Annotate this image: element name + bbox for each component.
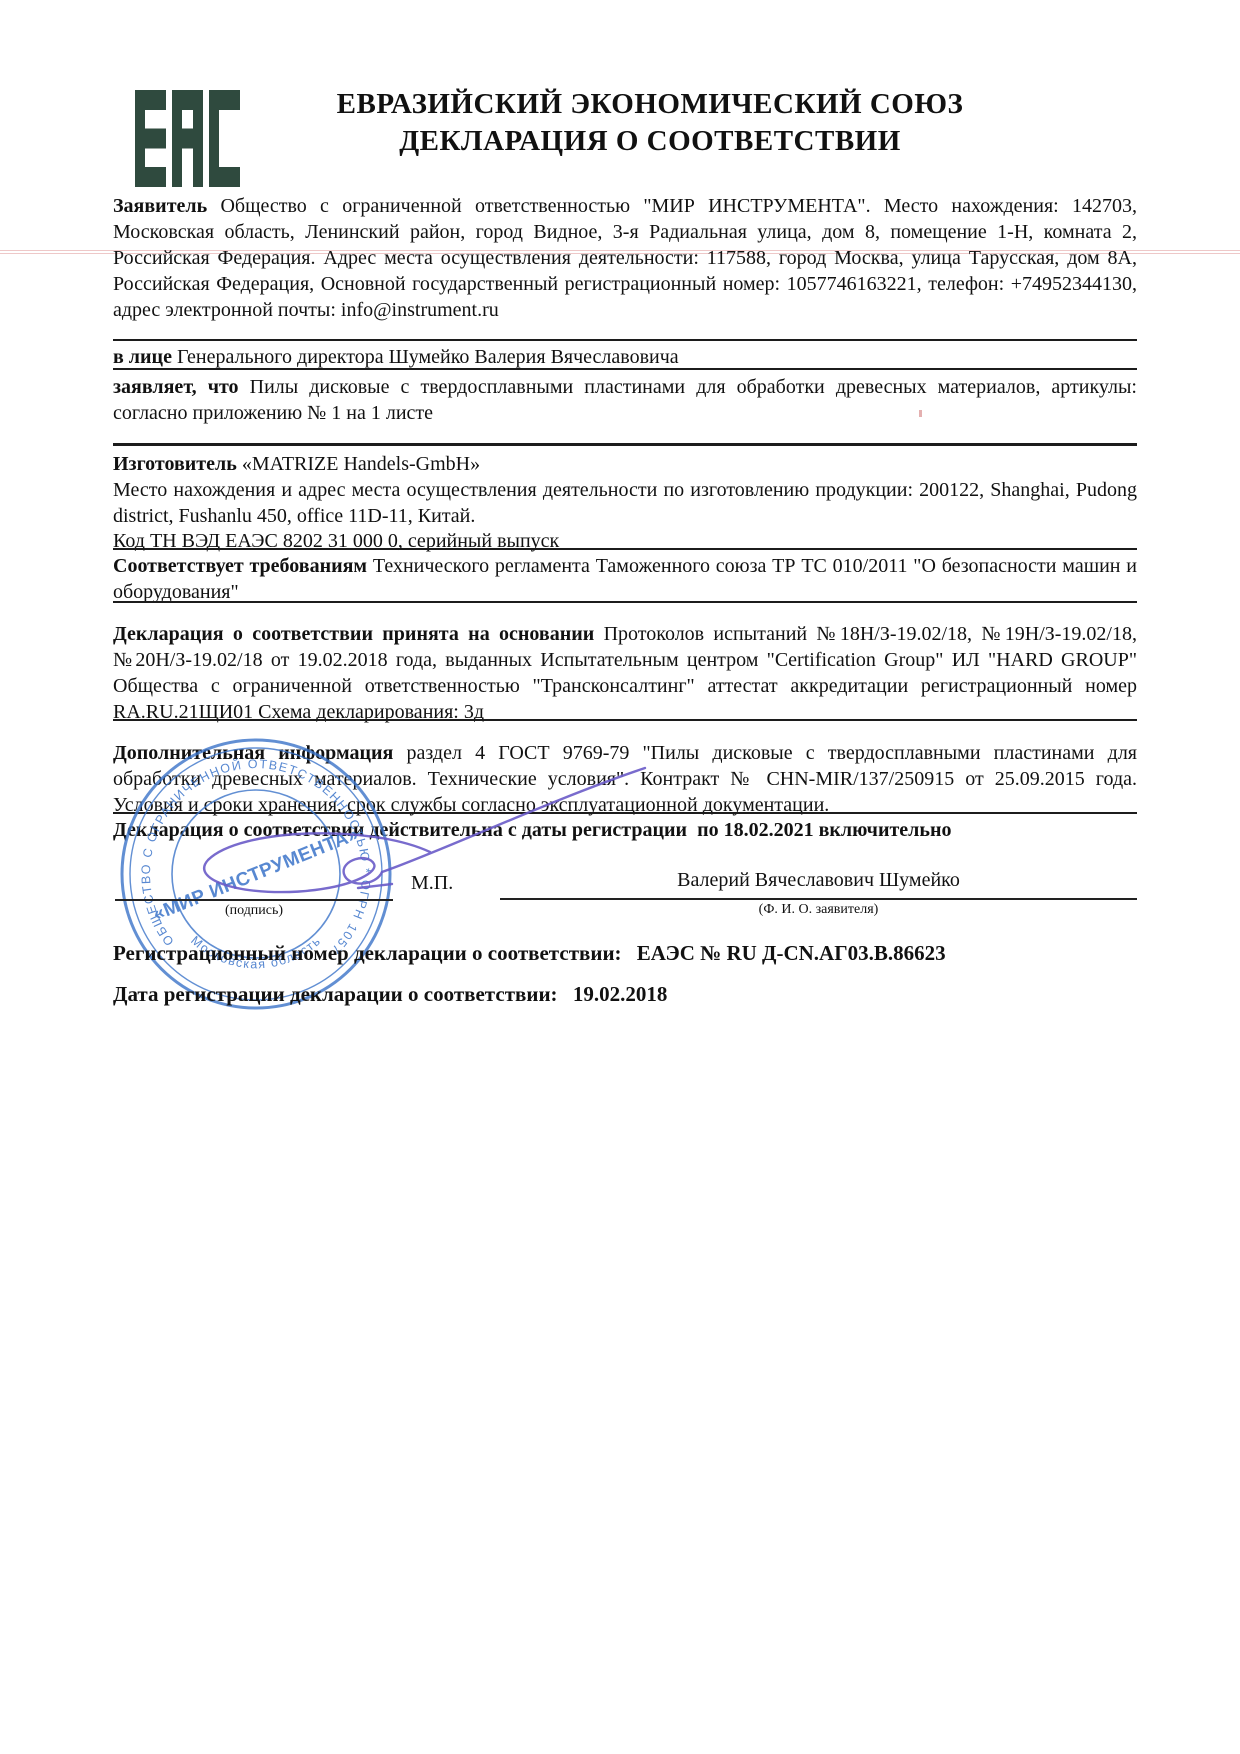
registration-number-value: ЕАЭС № RU Д-CN.АГ03.В.86623 — [637, 941, 946, 965]
complies-paragraph: Соответствует требованиям Технического р… — [113, 553, 1137, 605]
applicant-name-caption: (Ф. И. О. заявителя) — [500, 902, 1137, 918]
applicant-name-line — [500, 898, 1137, 900]
applicant-paragraph: Заявитель Общество с ограниченной ответс… — [113, 193, 1137, 323]
divider-rule — [113, 719, 1137, 721]
registration-number-line: Регистрационный номер декларации о соотв… — [113, 941, 1213, 966]
basis-label: Декларация о соответствии принята на осн… — [113, 623, 594, 645]
divider-rule — [113, 368, 1137, 370]
divider-rule-thick — [113, 443, 1137, 446]
applicant-name: Валерий Вячеславович Шумейко — [500, 869, 1137, 892]
divider-rule — [113, 339, 1137, 341]
declares-text: Пилы дисковые с твердосплавными пластина… — [113, 376, 1137, 424]
in-person-paragraph: в лице Генерального директора Шумейко Ва… — [113, 344, 1137, 370]
manufacturer-title-line: Изготовитель «MATRIZE Handels-GmbH» — [113, 451, 1137, 477]
declares-label: заявляет, что — [113, 376, 239, 398]
registration-date-label: Дата регистрации декларации о соответств… — [113, 982, 558, 1006]
applicant-label: Заявитель — [113, 195, 207, 217]
divider-rule — [113, 548, 1137, 550]
divider-rule — [113, 601, 1137, 603]
document-title: ЕВРАЗИЙСКИЙ ЭКОНОМИЧЕСКИЙ СОЮЗ ДЕКЛАРАЦИ… — [135, 86, 1165, 160]
registration-date-line: Дата регистрации декларации о соответств… — [113, 982, 1213, 1007]
registration-date-value: 19.02.2018 — [573, 982, 668, 1006]
in-person-text: Генерального директора Шумейко Валерия В… — [177, 346, 679, 368]
declaration-document-page: ЕВРАЗИЙСКИЙ ЭКОНОМИЧЕСКИЙ СОЮЗ ДЕКЛАРАЦИ… — [0, 0, 1240, 1754]
signature-caption: (подпись) — [115, 903, 393, 919]
title-line-2: ДЕКЛАРАЦИЯ О СООТВЕТСТВИИ — [135, 123, 1165, 160]
manufacturer-code-line: Код ТН ВЭД ЕАЭС 8202 31 000 0, серийный … — [113, 528, 1137, 554]
manufacturer-label: Изготовитель — [113, 453, 237, 475]
manufacturer-address: Место нахождения и адрес места осуществл… — [113, 477, 1137, 529]
manufacturer-name: «MATRIZE Handels-GmbH» — [242, 453, 480, 475]
basis-paragraph: Декларация о соответствии принята на осн… — [113, 621, 1137, 725]
title-line-1: ЕВРАЗИЙСКИЙ ЭКОНОМИЧЕСКИЙ СОЮЗ — [135, 86, 1165, 123]
applicant-text: Общество с ограниченной ответственностью… — [113, 195, 1137, 321]
registration-number-label: Регистрационный номер декларации о соотв… — [113, 941, 622, 965]
signature-line — [115, 899, 393, 901]
declares-paragraph: заявляет, что Пилы дисковые с твердоспла… — [113, 374, 1137, 426]
in-person-label: в лице — [113, 346, 172, 368]
complies-label: Соответствует требованиям — [113, 555, 367, 577]
stamp-place-abbr: М.П. — [411, 872, 453, 895]
